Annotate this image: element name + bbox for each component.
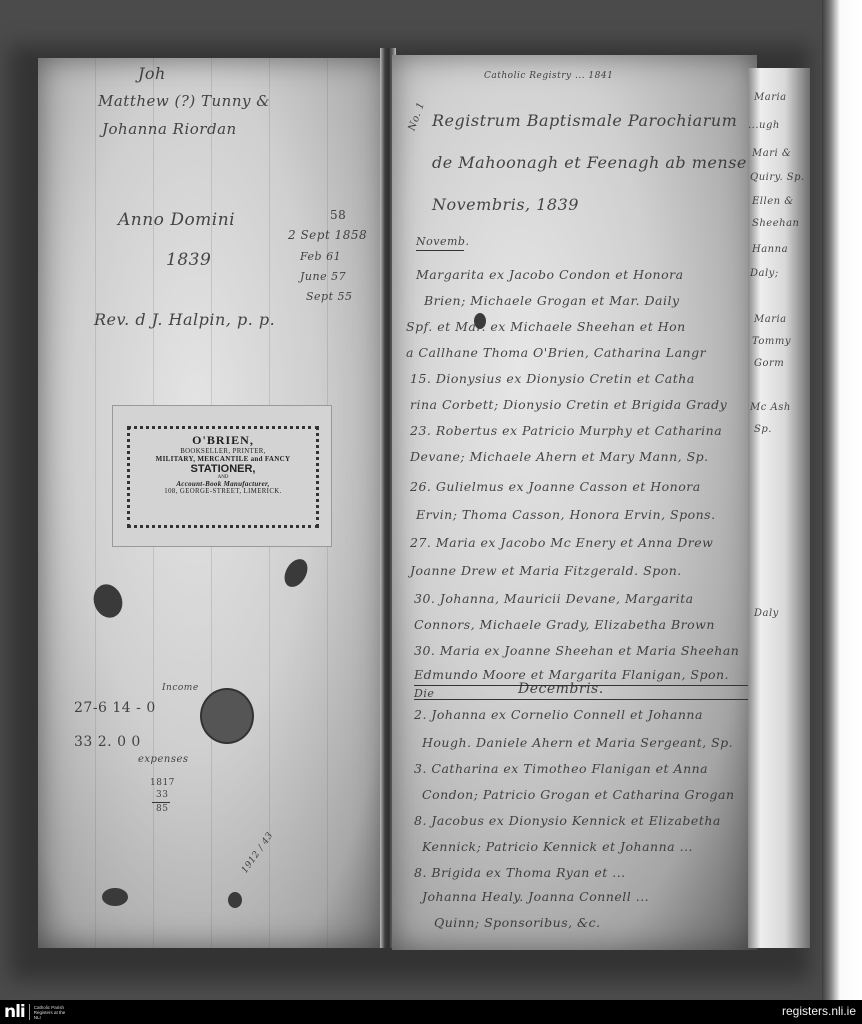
strip-fragment: Sheehan bbox=[752, 218, 799, 229]
strip-fragment: Gorm bbox=[754, 358, 784, 369]
margin-num-2: 2 Sept 1858 bbox=[288, 228, 367, 242]
note-income: Income bbox=[162, 683, 199, 693]
entry-line: Devane; Michaele Ahern et Mary Mann, Sp. bbox=[410, 449, 709, 464]
margin-num-4: June 57 bbox=[300, 270, 346, 283]
bookseller-label-border: O'BRIEN, BOOKSELLER, PRINTER, MILITARY, … bbox=[127, 426, 319, 528]
wax-stain bbox=[200, 688, 254, 744]
side-mark: No. 1 bbox=[407, 101, 428, 133]
bookseller-name: O'BRIEN, bbox=[136, 433, 310, 448]
right-page: Catholic Registry ... 1841 No. 1 Registr… bbox=[392, 55, 757, 950]
sum-rule bbox=[152, 802, 170, 803]
folded-page-strip: Maria ...ugh Mari & Quiry. Sp. Ellen & S… bbox=[748, 68, 810, 948]
scan-viewer[interactable]: Joh Matthew (?) Tunny & Johanna Riordan … bbox=[0, 0, 862, 1000]
entry-line: Kennick; Patricio Kennick et Johanna ... bbox=[422, 839, 693, 854]
month-november: Novemb. bbox=[416, 235, 469, 248]
heading-line-2: de Mahoonagh et Feenagh ab mense bbox=[432, 153, 747, 172]
viewer-edge bbox=[822, 0, 862, 1000]
note-row-1: 27-6 14 - 0 bbox=[74, 700, 156, 716]
strip-fragment: Maria bbox=[754, 92, 787, 103]
heading-line-1: Registrum Baptismale Parochiarum bbox=[432, 111, 737, 130]
top-note: Catholic Registry ... 1841 bbox=[484, 71, 613, 81]
entry-line: Edmundo Moore et Margarita Flanigan, Spo… bbox=[414, 667, 729, 682]
strip-fragment: Maria bbox=[754, 314, 787, 325]
note-row-2: 33 2. 0 0 bbox=[74, 734, 141, 750]
strip-fragment: Daly; bbox=[750, 268, 779, 279]
priest-line: Rev. d J. Halpin, p. p. bbox=[94, 310, 275, 329]
anno-domini: Anno Domini bbox=[118, 210, 235, 230]
ink-blot bbox=[474, 313, 486, 329]
entry-line: 30. Johanna, Mauricii Devane, Margarita bbox=[414, 591, 694, 606]
entry-line: 8. Jacobus ex Dionysio Kennick et Elizab… bbox=[414, 813, 721, 828]
note-johanna: Johanna Riordan bbox=[102, 120, 237, 138]
note-sum-2: 33 bbox=[156, 790, 168, 800]
margin-num-3: Feb 61 bbox=[300, 250, 341, 263]
ink-stain bbox=[228, 892, 242, 908]
strip-fragment: Ellen & bbox=[752, 196, 794, 207]
bookseller-line1: BOOKSELLER, PRINTER, bbox=[136, 448, 310, 455]
nli-logo[interactable]: nli Catholic Parish Registers at the NLI bbox=[4, 1003, 70, 1021]
entry-line: Spf. et Mar. ex Michaele Sheehan et Hon bbox=[406, 319, 686, 334]
strip-fragment: Quiry. Sp. bbox=[750, 172, 805, 183]
entry-line: a Callhane Thoma O'Brien, Catharina Lang… bbox=[406, 345, 706, 360]
entry-line: Condon; Patricio Grogan et Catharina Gro… bbox=[422, 787, 735, 802]
entry-line: Margarita ex Jacobo Condon et Honora bbox=[416, 267, 684, 282]
entry-line: 26. Gulielmus ex Joanne Casson et Honora bbox=[410, 479, 701, 494]
nli-logo-text: Catholic Parish Registers at the NLI bbox=[34, 1005, 70, 1020]
bookseller-line6: 108, GEORGE-STREET, LIMERICK. bbox=[136, 488, 310, 495]
strip-fragment: Daly bbox=[754, 608, 779, 619]
margin-num-5: Sept 55 bbox=[306, 290, 353, 303]
entry-line: 23. Robertus ex Patricio Murphy et Catha… bbox=[410, 423, 722, 438]
note-joh: Joh bbox=[138, 64, 166, 83]
margin-num-1: 58 bbox=[330, 208, 346, 222]
entry-line: 15. Dionysius ex Dionysio Cretin et Cath… bbox=[410, 371, 695, 386]
footer-bar: nli Catholic Parish Registers at the NLI… bbox=[0, 1000, 862, 1024]
strip-fragment: Sp. bbox=[754, 424, 772, 435]
entry-line: Joanne Drew et Maria Fitzgerald. Spon. bbox=[410, 563, 682, 578]
note-sum-3: 85 bbox=[156, 804, 168, 814]
entry-line: 2. Johanna ex Cornelio Connell et Johann… bbox=[414, 707, 703, 722]
bookseller-line2: MILITARY, MERCANTILE and FANCY bbox=[136, 455, 310, 463]
entry-line: 3. Catharina ex Timotheo Flanigan et Ann… bbox=[414, 761, 708, 776]
entry-line: Quinn; Sponsoribus, &c. bbox=[434, 915, 601, 930]
entry-line: 30. Maria ex Joanne Sheehan et Maria She… bbox=[414, 643, 739, 658]
note-sum-1: 1817 bbox=[150, 778, 175, 788]
month-rule bbox=[416, 250, 464, 251]
strip-fragment: Mari & bbox=[752, 148, 791, 159]
entry-line: Ervin; Thoma Casson, Honora Ervin, Spons… bbox=[416, 507, 716, 522]
logo-divider bbox=[29, 1004, 30, 1020]
register-scan-image: Joh Matthew (?) Tunny & Johanna Riordan … bbox=[0, 0, 862, 1000]
month-december: Decembris. bbox=[518, 681, 604, 697]
entry-line: rina Corbett; Dionysio Cretin et Brigida… bbox=[410, 397, 727, 412]
section-rule bbox=[414, 699, 754, 700]
note-matthew: Matthew (?) Tunny & bbox=[98, 92, 270, 110]
registers-site-link[interactable]: registers.nli.ie bbox=[782, 1004, 856, 1018]
strip-fragment: Tommy bbox=[752, 336, 791, 347]
ink-stain bbox=[102, 888, 128, 906]
bookseller-label: O'BRIEN, BOOKSELLER, PRINTER, MILITARY, … bbox=[112, 405, 332, 547]
bookseller-line5: Account-Book Manufacturer, bbox=[136, 480, 310, 488]
entry-line: Brien; Michaele Grogan et Mar. Daily bbox=[424, 293, 680, 308]
strip-fragment: Mc Ash bbox=[750, 402, 791, 413]
entry-line: Hough. Daniele Ahern et Maria Sergeant, … bbox=[422, 735, 733, 750]
bookseller-line3: STATIONER, bbox=[136, 463, 310, 475]
note-expenses: expenses bbox=[138, 754, 189, 765]
heading-line-3: Novembris, 1839 bbox=[432, 195, 579, 214]
strip-fragment: ...ugh bbox=[748, 120, 780, 131]
entry-line: 27. Maria ex Jacobo Mc Enery et Anna Dre… bbox=[410, 535, 713, 550]
entry-line: Johanna Healy. Joanna Connell ... bbox=[422, 889, 649, 904]
entry-line: 8. Brigida ex Thoma Ryan et ... bbox=[414, 865, 626, 880]
nli-logo-mark: nli bbox=[4, 1003, 25, 1021]
year-1839: 1839 bbox=[166, 250, 211, 270]
entry-line: Connors, Michaele Grady, Elizabetha Brow… bbox=[414, 617, 715, 632]
strip-fragment: Hanna bbox=[752, 244, 788, 255]
